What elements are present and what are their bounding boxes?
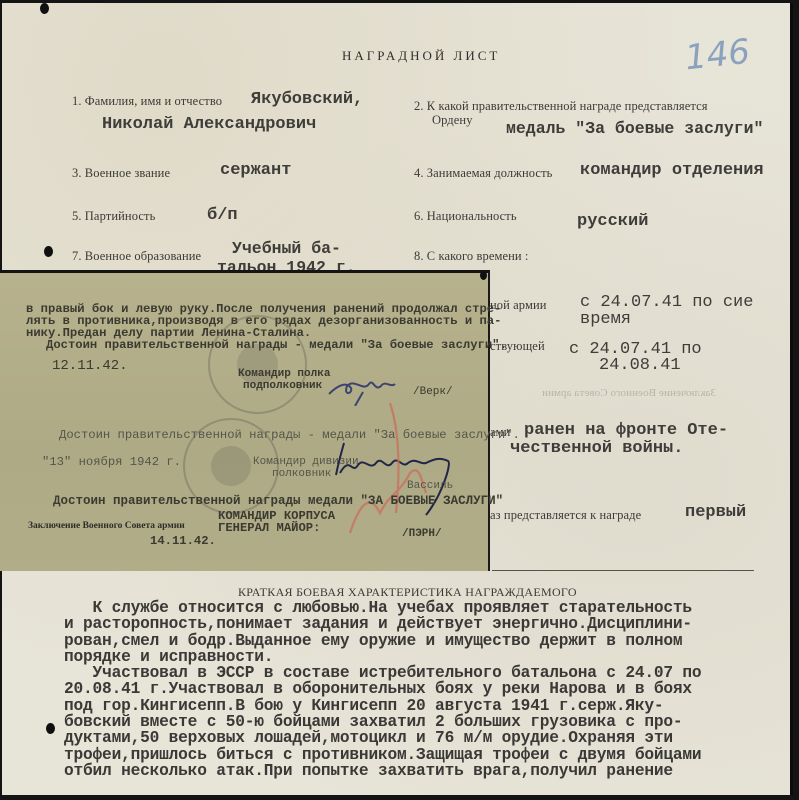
division-commander-rank: полковник	[272, 468, 331, 480]
field-2-label: 2. К какой правительственной награде пре…	[414, 99, 708, 114]
division-commander-name: Вассиль	[407, 480, 453, 492]
field-8-label: 8. С какого времени :	[414, 249, 529, 264]
field-5-label: 5. Партийность	[72, 209, 155, 224]
section-divider	[492, 570, 754, 571]
field-7-value-line1: Учебный ба-	[232, 239, 341, 258]
field-1-label: 1. Фамилия, имя и отчество	[72, 94, 222, 109]
faded-bleedthrough-text: Заключение Военного Совета армии	[542, 387, 716, 399]
punch-hole-mid	[44, 246, 53, 257]
red-pencil-mark	[330, 393, 450, 543]
field-7-label: 7. Военное образование	[72, 249, 201, 264]
corps-commander-name: /ПЭРН/	[402, 528, 442, 540]
field-9-value-line2: чественной войны.	[510, 439, 683, 458]
regiment-commander-title: Командир полка	[238, 368, 330, 380]
field-6-label: 6. Национальность	[414, 209, 517, 224]
field-4-label: 4. Занимаемая должность	[414, 166, 552, 181]
field-1-value-name: Николай Александрович	[102, 115, 316, 134]
field-6-value: русский	[577, 212, 648, 231]
field-1-value-surname: Якубовский,	[251, 90, 363, 109]
field-3-value: сержант	[220, 161, 291, 180]
attached-review-slip: в правый бок и левую руку.После получени…	[0, 270, 490, 571]
slip-date-3: 14.11.42.	[150, 535, 216, 547]
field-8b-value-line2: 24.08.41	[599, 356, 681, 375]
military-council-label: Заключение Военного Совета армии	[28, 521, 185, 531]
field-10-value: первый	[685, 503, 746, 522]
field-2-label-order: Ордену	[432, 113, 473, 128]
slip-date-2: "13" ноября 1942 г.	[42, 456, 181, 468]
characteristic-heading: КРАТКАЯ БОЕВАЯ ХАРАКТЕРИСТИКА НАГРАЖДАЕМ…	[238, 585, 577, 600]
field-9-value-line1: ранен на фронте Оте-	[524, 421, 728, 440]
field-2-value: медаль "За боевые заслуги"	[506, 119, 763, 138]
field-10-label: аз представляется к награде	[490, 508, 641, 523]
archive-number: 146	[683, 32, 752, 79]
field-5-value: б/п	[207, 206, 238, 225]
slip-date-1: 12.11.42.	[52, 360, 128, 372]
corps-commander-rank: ГЕНЕРАЛ МАЙОР:	[218, 522, 320, 534]
punch-hole-top	[40, 3, 49, 14]
regiment-seal	[208, 315, 307, 414]
slip-paragraph-corps: Достоин правительственной награды медали…	[53, 495, 503, 507]
document-title: НАГРАДНОЙ ЛИСТ	[342, 48, 500, 64]
field-3-label: 3. Военное звание	[72, 166, 170, 181]
characteristic-text: К службе относится с любовью.На учебах п…	[64, 600, 701, 779]
field-8a-value-line2: время	[580, 310, 631, 329]
slip-pin-hole	[480, 271, 487, 280]
punch-hole-bottom	[46, 723, 55, 734]
field-4-value: командир отделения	[580, 161, 764, 180]
regiment-commander-rank: подполковник	[243, 380, 322, 392]
